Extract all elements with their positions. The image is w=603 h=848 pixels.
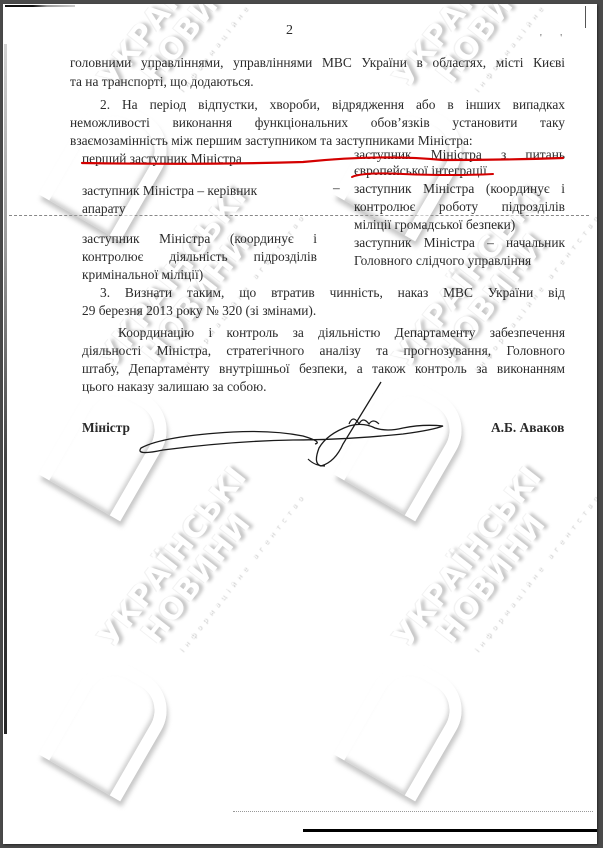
row-1-left: перший заступник Міністра [82, 150, 242, 168]
row-2-dash: – [333, 180, 340, 196]
paragraph-3-line-2: 29 березня 2013 року № 320 (зі змінами). [82, 302, 316, 320]
row-1-right-line-2: європейської інтеграції [354, 162, 487, 180]
row-2-right-line-1: заступник Міністра (координує і [354, 180, 565, 198]
row-3-right-line-2: Головного слідчого управління [354, 252, 531, 270]
scan-artifact-top [5, 5, 75, 7]
row-2-left-line-1: заступник Міністра – керівник [82, 182, 257, 200]
page-number: 2 [286, 22, 293, 40]
paragraph-4-line-2: діяльності Міністра, стратегічного аналі… [82, 342, 565, 360]
paragraph-1-line-1: головними управліннями, управліннями МВС… [70, 54, 565, 72]
document-page: УКРАЇНСЬКІНОВИНИінформаційне агентство У… [3, 4, 597, 844]
row-2-left-line-2: апарату [82, 200, 126, 218]
watermark-logo-icon [39, 649, 181, 802]
row-2-right-line-2: контролює роботу підрозділів [354, 198, 565, 216]
paragraph-4-line-3: штабу, Департаменту внутрішньої безпеки,… [82, 360, 565, 378]
watermark: УКРАЇНСЬКІНОВИНИінформаційне агентство [348, 524, 597, 784]
signature-title: Міністр [82, 419, 130, 437]
paragraph-3-line-1: 3. Визнати таким, що втратив чинність, н… [100, 284, 565, 302]
paragraph-4-line-4: цього наказу залишаю за собою. [82, 378, 266, 396]
paragraph-1-line-2: та на транспорті, що додаються. [70, 73, 254, 91]
row-3-left-line-1: заступник Міністра (координує і [82, 230, 317, 248]
row-3-right-line-1: заступник Міністра – начальник [354, 234, 565, 252]
scan-artifact-bottom-dots [233, 811, 593, 813]
paragraph-4-line-1: Координацію і контроль за діяльністю Деп… [118, 324, 565, 342]
signatory-name: А.Б. Аваков [491, 419, 564, 437]
paragraph-2-line-2: неможливості виконання функціональних об… [70, 114, 565, 132]
watermark: УКРАЇНСЬКІНОВИНИінформаційне агентство [53, 524, 313, 784]
row-3-left-line-2: контролює діяльність підрозділів [82, 248, 317, 266]
scan-artifact-bottom-line [303, 829, 597, 832]
watermark-logo-icon [334, 369, 476, 522]
row-1-dash: – [333, 150, 340, 166]
watermark-logo-icon [334, 649, 476, 802]
row-2-right-line-3: міліції громадської безпеки) [354, 216, 515, 234]
row-3-left-line-3: кримінальної міліції) [82, 266, 203, 284]
scan-artifact-right-mark [585, 6, 586, 28]
scan-artifact-left-edge [4, 44, 7, 734]
margin-tick-marks: ' ' [540, 30, 570, 48]
paragraph-2-line-1: 2. На період відпустки, хвороби, відрядж… [100, 96, 565, 114]
